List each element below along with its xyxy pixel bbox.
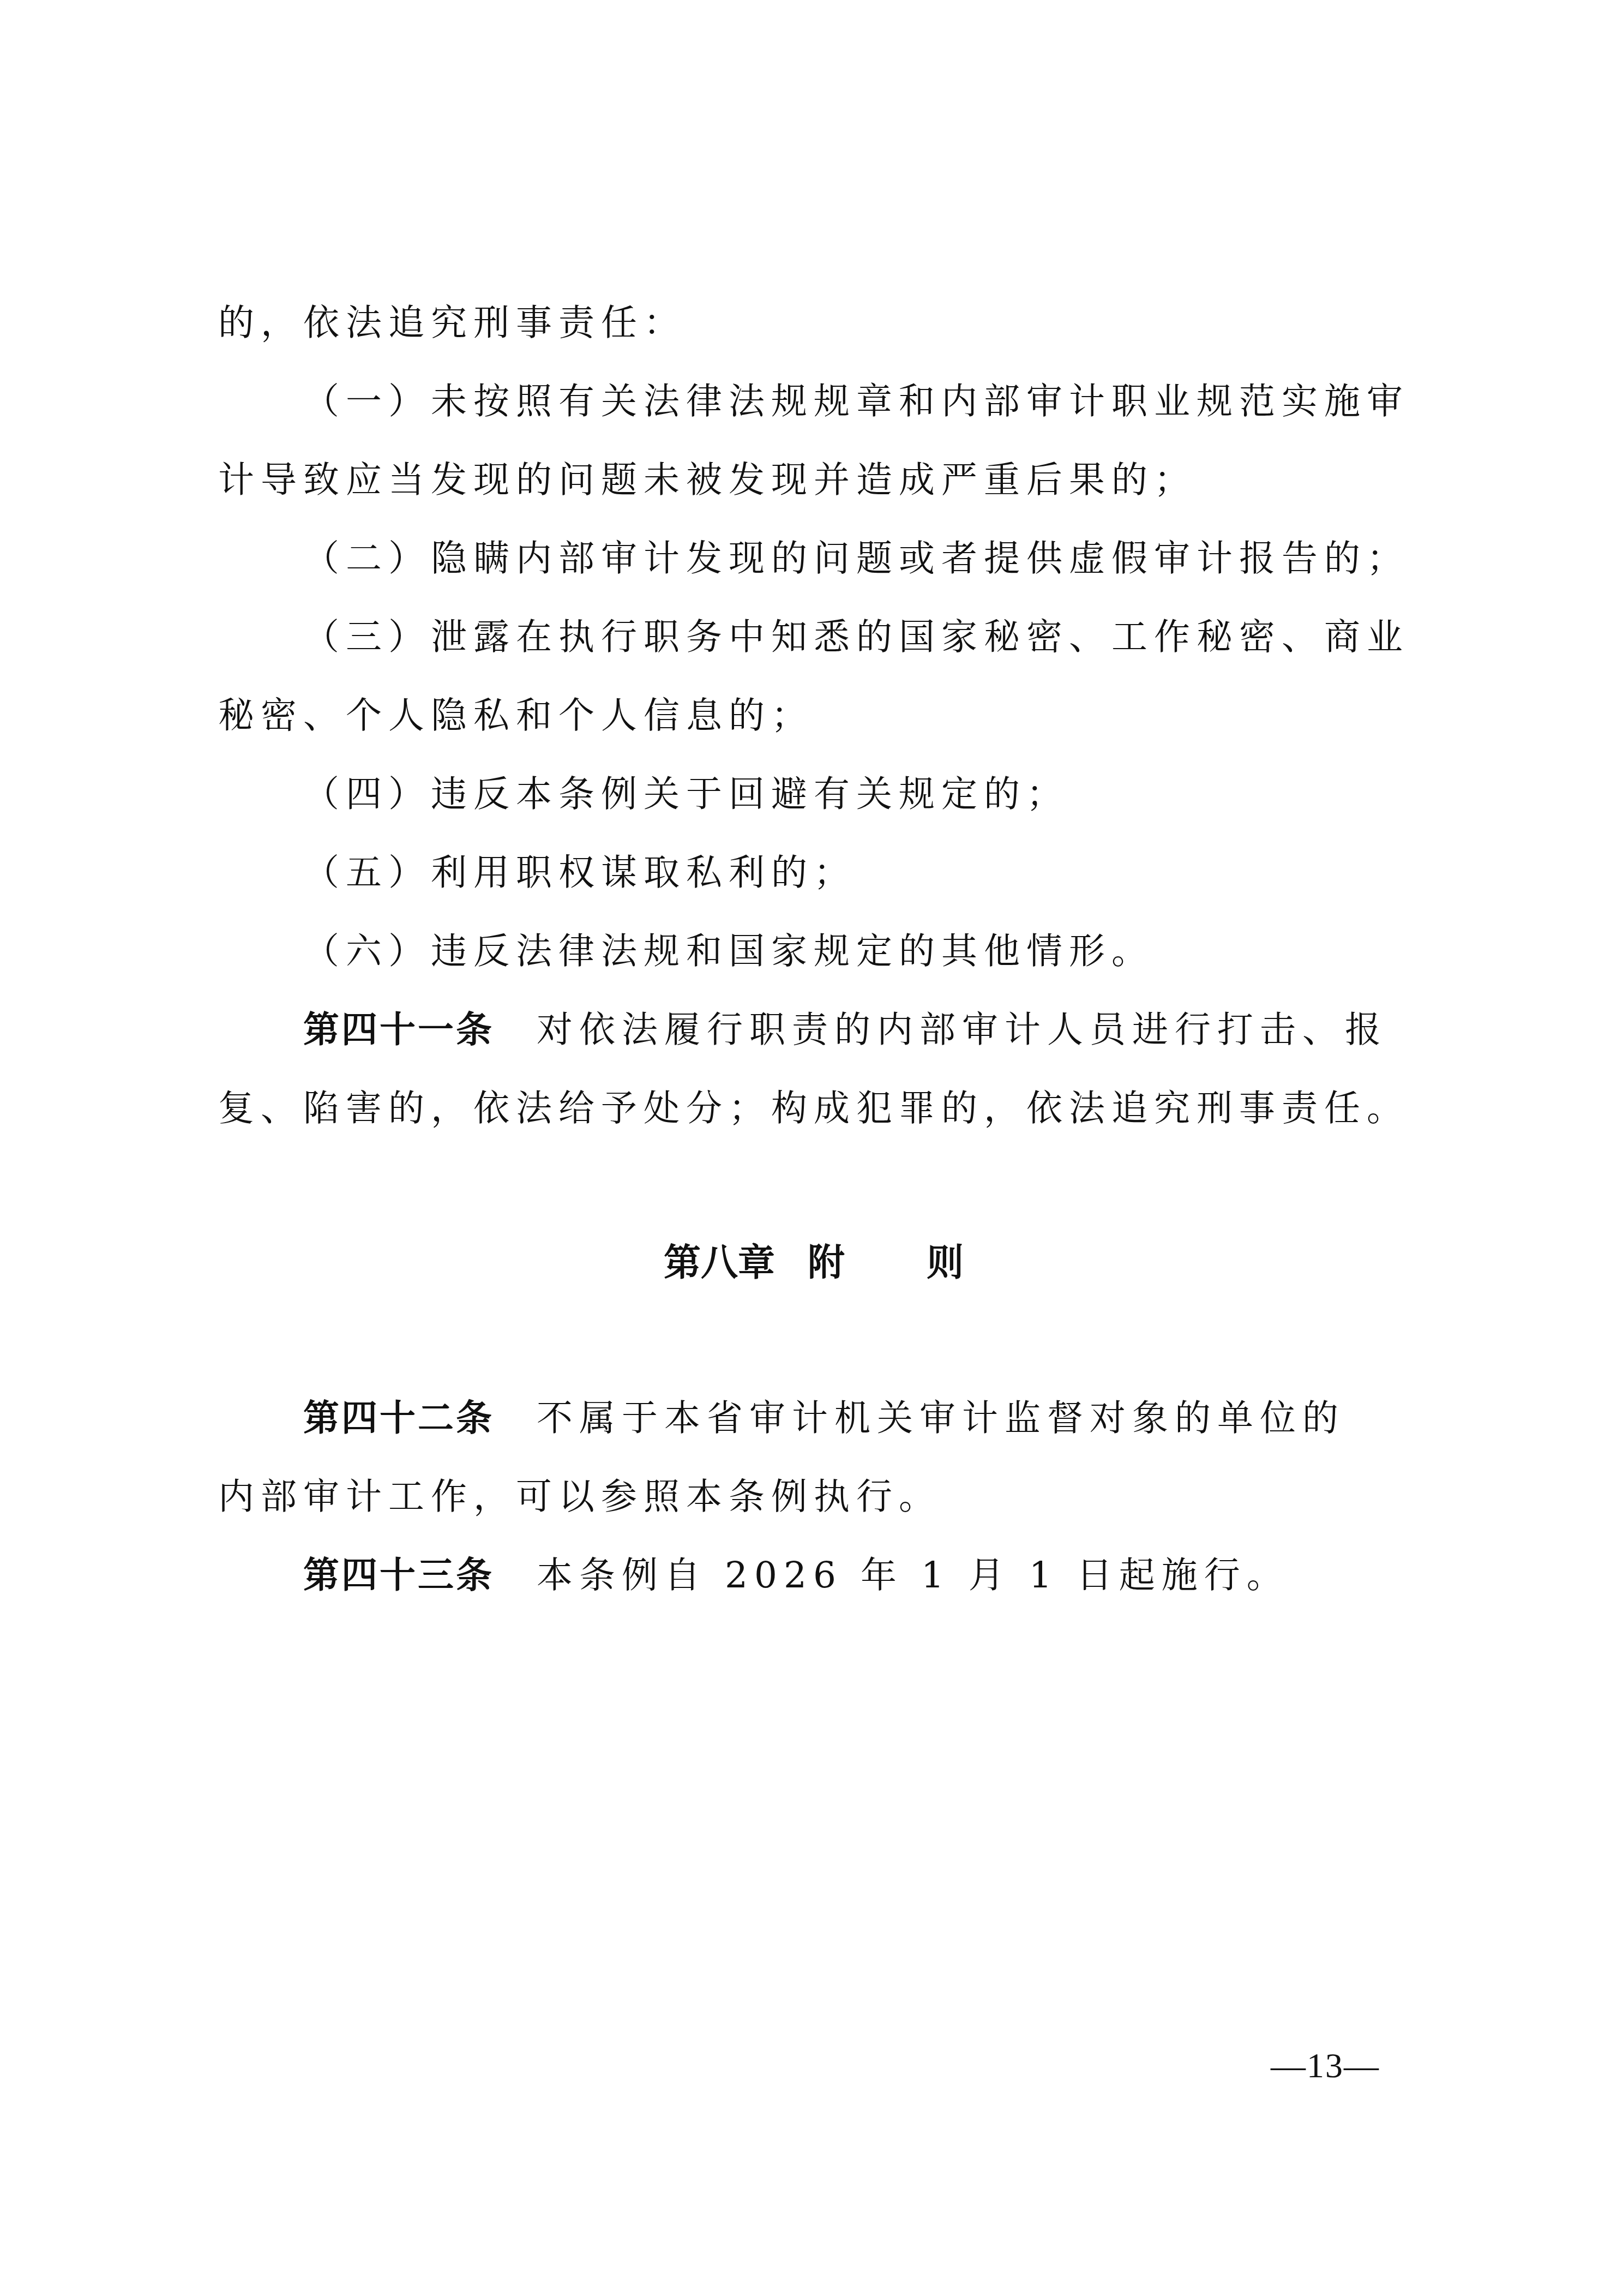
item-text: 违反本条例关于回避有关规定的； xyxy=(431,773,1069,815)
article-number: 第四十三条 xyxy=(303,1554,494,1596)
item-label: （五） xyxy=(303,852,431,894)
list-item-1-continuation: 计导致应当发现的问题未被发现并造成严重后果的； xyxy=(218,441,1409,519)
item-label: （三） xyxy=(303,616,431,658)
item-label: （一） xyxy=(303,380,431,422)
list-item-4: （四）违反本条例关于回避有关规定的； xyxy=(218,755,1409,834)
chapter-title-part2: 则 xyxy=(927,1242,964,1285)
item-text: 利用职权谋取私利的； xyxy=(431,852,856,894)
page-number: —13— xyxy=(1271,2046,1380,2086)
list-item-2: （二）隐瞒内部审计发现的问题或者提供虚假审计报告的； xyxy=(218,519,1409,598)
article-text: 不属于本省审计机关审计监督对象的单位的 xyxy=(537,1397,1345,1439)
article-number: 第四十二条 xyxy=(303,1397,494,1439)
item-label: （六） xyxy=(303,930,431,972)
item-text: 泄露在执行职务中知悉的国家秘密、工作秘密、商业 xyxy=(431,616,1409,658)
article-42: 第四十二条不属于本省审计机关审计监督对象的单位的 xyxy=(218,1379,1409,1458)
item-text: 未按照有关法律法规规章和内部审计职业规范实施审 xyxy=(431,380,1409,422)
chapter-heading: 第八章附则 xyxy=(218,1224,1409,1303)
list-item-1: （一）未按照有关法律法规规章和内部审计职业规范实施审 xyxy=(218,362,1409,441)
article-41-continuation: 复、陷害的，依法给予处分；构成犯罪的，依法追究刑事责任。 xyxy=(218,1069,1409,1148)
chapter-number: 第八章 xyxy=(664,1242,775,1285)
article-42-continuation: 内部审计工作，可以参照本条例执行。 xyxy=(218,1458,1409,1536)
list-item-6: （六）违反法律法规和国家规定的其他情形。 xyxy=(218,912,1409,991)
item-label: （四） xyxy=(303,773,431,815)
article-number: 第四十一条 xyxy=(303,1009,494,1051)
list-item-3-continuation: 秘密、个人隐私和个人信息的； xyxy=(218,676,1409,755)
document-page: 的，依法追究刑事责任： （一）未按照有关法律法规规章和内部审计职业规范实施审 计… xyxy=(0,0,1623,2296)
item-text: 违反法律法规和国家规定的其他情形。 xyxy=(431,930,1154,972)
article-text: 对依法履行职责的内部审计人员进行打击、报 xyxy=(537,1009,1387,1051)
article-text: 本条例自 2026 年 1 月 1 日起施行。 xyxy=(537,1554,1289,1596)
document-body: 的，依法追究刑事责任： （一）未按照有关法律法规规章和内部审计职业规范实施审 计… xyxy=(218,284,1409,1615)
article-41: 第四十一条对依法履行职责的内部审计人员进行打击、报 xyxy=(218,991,1409,1069)
list-item-5: （五）利用职权谋取私利的； xyxy=(218,834,1409,912)
item-text: 隐瞒内部审计发现的问题或者提供虚假审计报告的； xyxy=(431,537,1409,579)
list-item-3: （三）泄露在执行职务中知悉的国家秘密、工作秘密、商业 xyxy=(218,598,1409,676)
continuation-line: 的，依法追究刑事责任： xyxy=(218,284,1409,362)
chapter-title-part1: 附 xyxy=(808,1242,845,1285)
item-label: （二） xyxy=(303,537,431,579)
article-43: 第四十三条本条例自 2026 年 1 月 1 日起施行。 xyxy=(218,1536,1409,1615)
